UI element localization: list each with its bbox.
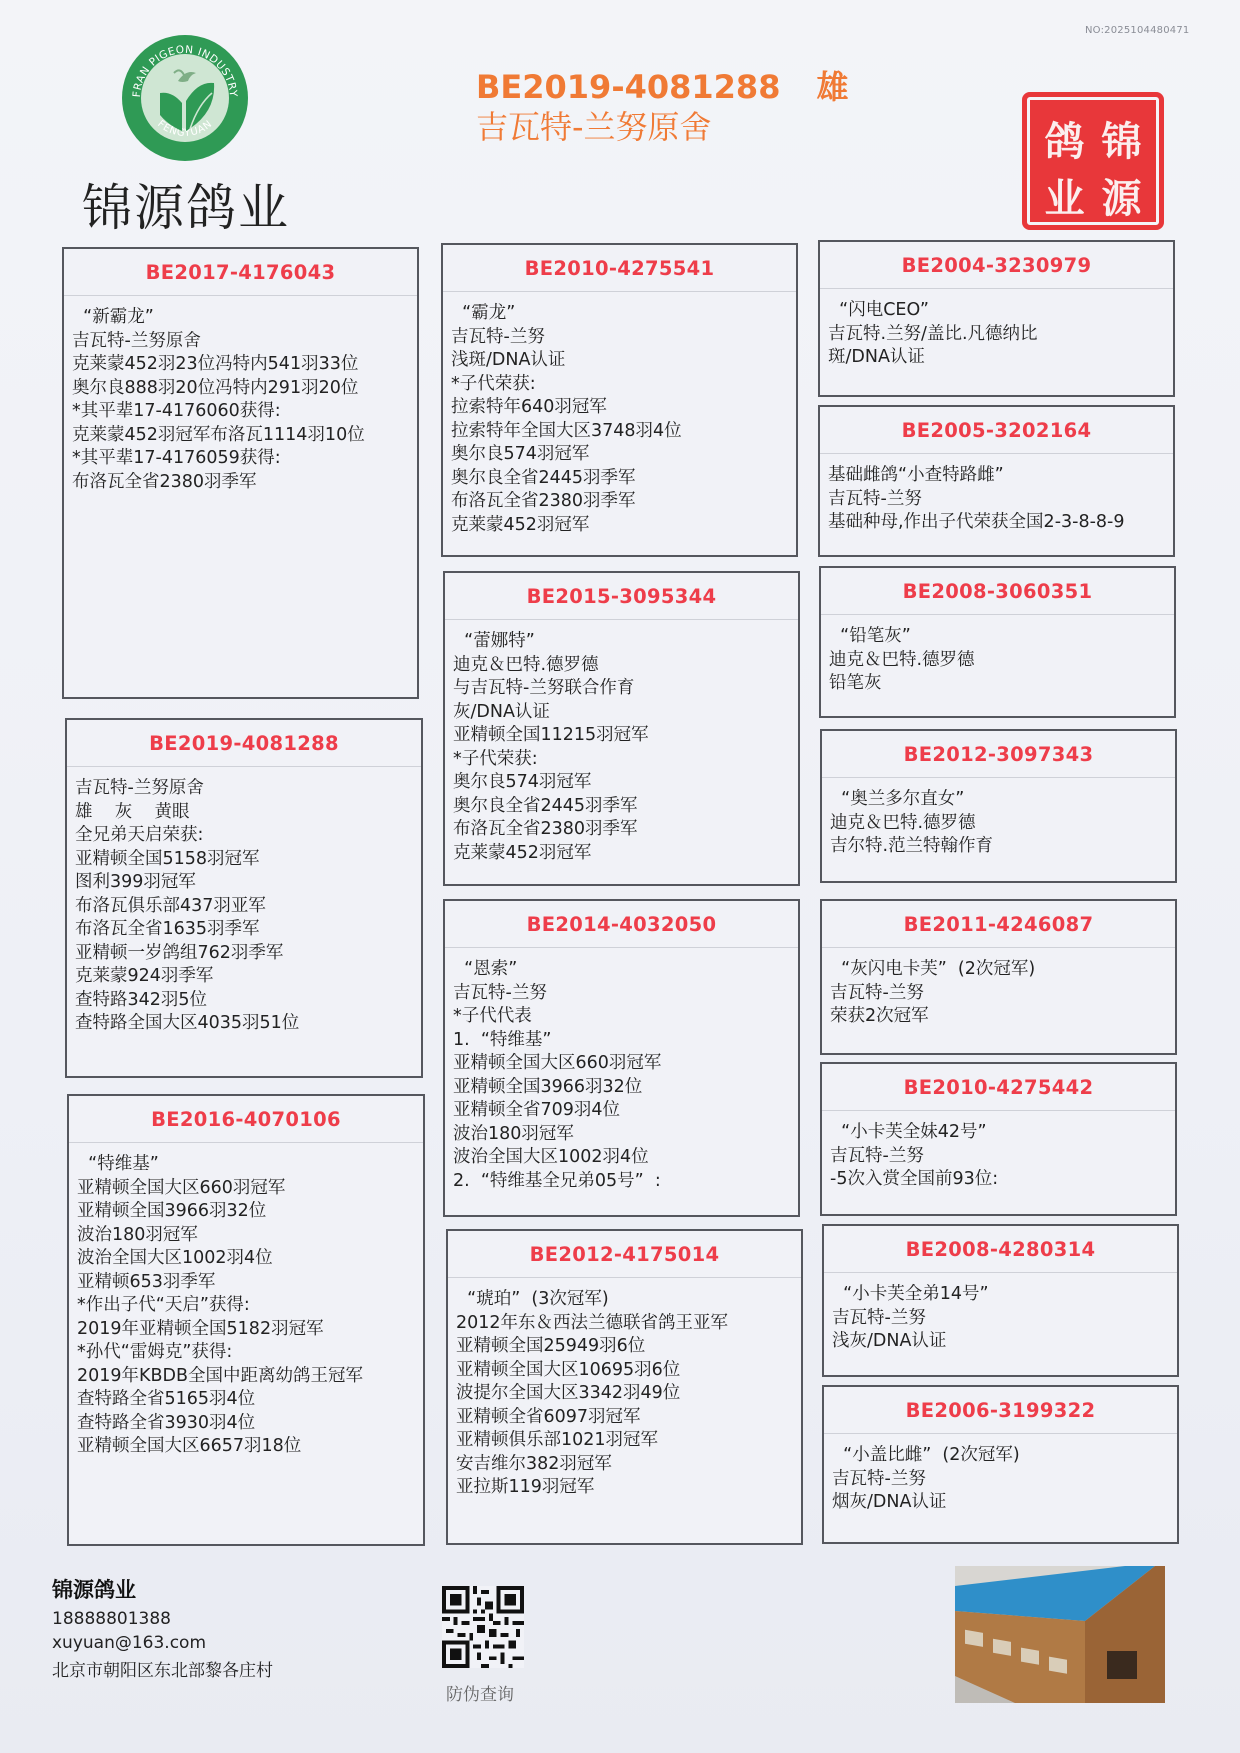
ring-number: BE2011-4246087 bbox=[822, 901, 1175, 948]
detail-line: 波提尔全国大区3342羽49位 bbox=[456, 1382, 801, 1406]
pedigree-box-sire-sire: BE2017-4176043 “新霸龙” 吉瓦特-兰努原舍 克莱蒙452羽23位… bbox=[62, 247, 419, 699]
detail-line: “琥珀” (3次冠军) bbox=[456, 1288, 801, 1312]
ring-number: BE2012-3097343 bbox=[822, 731, 1175, 778]
ring-number: BE2017-4176043 bbox=[64, 249, 417, 296]
detail-line: 布洛瓦全省2380羽季军 bbox=[451, 490, 796, 514]
pedigree-box-gen2: BE2012-4175014 “琥珀” (3次冠军) 2012年东＆西法兰德联省… bbox=[446, 1229, 803, 1545]
detail-line: 与吉瓦特-兰努联合作育 bbox=[453, 677, 798, 701]
pedigree-details: “特维基” 亚精顿全国大区660羽冠军 亚精顿全国3966羽32位 波治180羽… bbox=[69, 1143, 423, 1459]
detail-line: *子代荣获: bbox=[453, 748, 798, 772]
detail-line: -5次入赏全国前93位: bbox=[830, 1168, 1175, 1192]
footer-email: xuyuan@163.com bbox=[52, 1633, 206, 1653]
seal-char: 业 bbox=[1045, 167, 1085, 224]
main-pigeon-sex: 雄 bbox=[816, 68, 848, 106]
main-pigeon-loft: 吉瓦特-兰努原舍 bbox=[476, 102, 712, 148]
pedigree-box-gen3: BE2005-3202164 基础雌鸽“小查特路雌” 吉瓦特-兰努 基础种母,作… bbox=[818, 405, 1175, 557]
pedigree-details: “奥兰多尔直女” 迪克＆巴特.德罗德 吉尔特.范兰特翰作育 bbox=[822, 778, 1175, 859]
brand-logo-icon: FRAN PIGEON INDUSTRY FENGYUAN bbox=[120, 33, 250, 163]
detail-line: 亚精顿全国5158羽冠军 bbox=[75, 848, 421, 872]
detail-line: 吉瓦特-兰努 bbox=[828, 488, 1173, 512]
detail-line: 雄 灰 黄眼 bbox=[75, 801, 421, 825]
detail-line: 亚精顿俱乐部1021羽冠军 bbox=[456, 1429, 801, 1453]
detail-line: 布洛瓦全省2380羽季军 bbox=[453, 818, 798, 842]
pedigree-details: 吉瓦特-兰努原舍 雄 灰 黄眼 全兄弟天启荣获: 亚精顿全国5158羽冠军 图利… bbox=[67, 767, 421, 1036]
pedigree-box-gen3: BE2012-3097343 “奥兰多尔直女” 迪克＆巴特.德罗德 吉尔特.范兰… bbox=[820, 729, 1177, 883]
detail-line: 迪克＆巴特.德罗德 bbox=[829, 649, 1174, 673]
detail-line: 吉瓦特.兰努/盖比.凡德纳比 bbox=[828, 323, 1173, 347]
detail-line: 亚精顿全国大区660羽冠军 bbox=[77, 1177, 423, 1201]
detail-line: 吉尔特.范兰特翰作育 bbox=[830, 835, 1175, 859]
pedigree-box-gen2: BE2014-4032050 “恩索” 吉瓦特-兰努 *子代代表 1. “特维基… bbox=[443, 899, 800, 1217]
footer-address: 北京市朝阳区东北部黎各庄村 bbox=[52, 1656, 273, 1681]
detail-line: 吉瓦特-兰努原舍 bbox=[72, 330, 417, 354]
detail-line: “特维基” bbox=[77, 1153, 423, 1177]
brand-name: 锦源鸽业 bbox=[82, 168, 290, 240]
detail-line: 克莱蒙452羽23位冯特内541羽33位 bbox=[72, 353, 417, 377]
footer-brand-name: 锦源鸽业 bbox=[52, 1574, 136, 1604]
detail-line: 克莱蒙452羽冠军 bbox=[453, 842, 798, 866]
detail-line: 亚精顿全国11215羽冠军 bbox=[453, 724, 798, 748]
pedigree-details: “小盖比雌” (2次冠军) 吉瓦特-兰努 烟灰/DNA认证 bbox=[824, 1434, 1177, 1515]
pedigree-details: “小卡芙全弟14号” 吉瓦特-兰努 浅灰/DNA认证 bbox=[824, 1273, 1177, 1354]
detail-line: 奥尔良574羽冠军 bbox=[453, 771, 798, 795]
detail-line: 查特路全省5165羽4位 bbox=[77, 1388, 423, 1412]
detail-line: 亚精顿全国大区6657羽18位 bbox=[77, 1435, 423, 1459]
detail-line: 亚精顿653羽季军 bbox=[77, 1271, 423, 1295]
pedigree-details: “小卡芙全妹42号” 吉瓦特-兰努 -5次入赏全国前93位: bbox=[822, 1111, 1175, 1192]
seal-char: 源 bbox=[1102, 167, 1142, 224]
detail-line: 亚精顿全国大区10695羽6位 bbox=[456, 1359, 801, 1383]
detail-line: 安吉维尔382羽冠军 bbox=[456, 1453, 801, 1477]
pigeon-loft-photo bbox=[955, 1566, 1165, 1703]
detail-line: “霸龙” bbox=[451, 302, 796, 326]
pedigree-details: “新霸龙” 吉瓦特-兰努原舍 克莱蒙452羽23位冯特内541羽33位 奥尔良8… bbox=[64, 296, 417, 494]
detail-line: 亚精顿一岁鸽组762羽季军 bbox=[75, 942, 421, 966]
ring-number: BE2005-3202164 bbox=[820, 407, 1173, 454]
certificate-number: NO:2025104480471 bbox=[1085, 25, 1189, 36]
pedigree-details: “闪电CEO” 吉瓦特.兰努/盖比.凡德纳比 斑/DNA认证 bbox=[820, 289, 1173, 370]
detail-line: 波治全国大区1002羽4位 bbox=[453, 1146, 798, 1170]
qr-verify-label: 防伪查询 bbox=[446, 1680, 514, 1705]
detail-line: 基础种母,作出子代荣获全国2-3-8-8-9 bbox=[828, 511, 1173, 535]
ring-number: BE2004-3230979 bbox=[820, 242, 1173, 289]
ring-number: BE2012-4175014 bbox=[448, 1231, 801, 1278]
pedigree-details: “灰闪电卡芙” (2次冠军) 吉瓦特-兰努 荣获2次冠军 bbox=[822, 948, 1175, 1029]
pedigree-details: “恩索” 吉瓦特-兰努 *子代代表 1. “特维基” 亚精顿全国大区660羽冠军… bbox=[445, 948, 798, 1193]
ring-number: BE2016-4070106 bbox=[69, 1096, 423, 1143]
detail-line: 吉瓦特-兰努原舍 bbox=[75, 777, 421, 801]
detail-line: 奥尔良888羽20位冯特内291羽20位 bbox=[72, 377, 417, 401]
detail-line: *作出子代“天启”获得: bbox=[77, 1294, 423, 1318]
detail-line: 图利399羽冠军 bbox=[75, 871, 421, 895]
detail-line: *子代代表 bbox=[453, 1005, 798, 1029]
detail-line: 克莱蒙452羽冠军 bbox=[451, 514, 796, 538]
detail-line: 奥尔良574羽冠军 bbox=[451, 443, 796, 467]
ring-number: BE2015-3095344 bbox=[445, 573, 798, 620]
detail-line: 吉瓦特-兰努 bbox=[830, 982, 1175, 1006]
detail-line: “蕾娜特” bbox=[453, 630, 798, 654]
detail-line: 吉瓦特-兰努 bbox=[832, 1468, 1177, 1492]
pedigree-box-gen2: BE2015-3095344 “蕾娜特” 迪克＆巴特.德罗德 与吉瓦特-兰努联合… bbox=[443, 571, 800, 886]
detail-line: “恩索” bbox=[453, 958, 798, 982]
pedigree-box-gen2: BE2010-4275541 “霸龙” 吉瓦特-兰努 浅斑/DNA认证 *子代荣… bbox=[441, 243, 798, 557]
pedigree-details: 基础雌鸽“小查特路雌” 吉瓦特-兰努 基础种母,作出子代荣获全国2-3-8-8-… bbox=[820, 454, 1173, 535]
detail-line: *其平辈17-4176060获得: bbox=[72, 400, 417, 424]
ring-number: BE2008-3060351 bbox=[821, 568, 1174, 615]
detail-line: 基础雌鸽“小查特路雌” bbox=[828, 464, 1173, 488]
main-ring-number: BE2019-4081288 bbox=[476, 68, 780, 106]
detail-line: “灰闪电卡芙” (2次冠军) bbox=[830, 958, 1175, 982]
detail-line: 1. “特维基” bbox=[453, 1029, 798, 1053]
detail-line: 吉瓦特-兰努 bbox=[453, 982, 798, 1006]
detail-line: 全兄弟天启荣获: bbox=[75, 824, 421, 848]
pedigree-box-dam-side: BE2016-4070106 “特维基” 亚精顿全国大区660羽冠军 亚精顿全国… bbox=[67, 1094, 425, 1546]
detail-line: 亚精顿全国3966羽32位 bbox=[453, 1076, 798, 1100]
red-seal-stamp: 鸽 锦 业 源 bbox=[1022, 92, 1164, 230]
detail-line: “奥兰多尔直女” bbox=[830, 788, 1175, 812]
detail-line: 亚精顿全国25949羽6位 bbox=[456, 1335, 801, 1359]
detail-line: 2012年东＆西法兰德联省鸽王亚军 bbox=[456, 1312, 801, 1336]
pedigree-box-gen3: BE2008-4280314 “小卡芙全弟14号” 吉瓦特-兰努 浅灰/DNA认… bbox=[822, 1224, 1179, 1377]
pedigree-box-subject: BE2019-4081288 吉瓦特-兰努原舍 雄 灰 黄眼 全兄弟天启荣获: … bbox=[65, 718, 423, 1078]
seal-char: 锦 bbox=[1102, 110, 1142, 167]
detail-line: 斑/DNA认证 bbox=[828, 346, 1173, 370]
detail-line: 迪克＆巴特.德罗德 bbox=[453, 654, 798, 678]
detail-line: 查特路全国大区4035羽51位 bbox=[75, 1012, 421, 1036]
detail-line: 克莱蒙924羽季军 bbox=[75, 965, 421, 989]
detail-line: 波治全国大区1002羽4位 bbox=[77, 1247, 423, 1271]
detail-line: 2019年KBDB全国中距离幼鸽王冠军 bbox=[77, 1365, 423, 1389]
ring-number: BE2014-4032050 bbox=[445, 901, 798, 948]
pedigree-box-gen3: BE2008-3060351 “铅笔灰” 迪克＆巴特.德罗德 铅笔灰 bbox=[819, 566, 1176, 718]
detail-line: “铅笔灰” bbox=[829, 625, 1174, 649]
pedigree-box-gen3: BE2004-3230979 “闪电CEO” 吉瓦特.兰努/盖比.凡德纳比 斑/… bbox=[818, 240, 1175, 397]
detail-line: 亚精顿全国3966羽32位 bbox=[77, 1200, 423, 1224]
detail-line: *子代荣获: bbox=[451, 373, 796, 397]
ring-number: BE2010-4275442 bbox=[822, 1064, 1175, 1111]
pedigree-details: “琥珀” (3次冠军) 2012年东＆西法兰德联省鸽王亚军 亚精顿全国25949… bbox=[448, 1278, 801, 1500]
detail-line: 布洛瓦俱乐部437羽亚军 bbox=[75, 895, 421, 919]
detail-line: “闪电CEO” bbox=[828, 299, 1173, 323]
pedigree-certificate: NO:2025104480471 FRAN PIGEON INDUSTRY FE… bbox=[0, 0, 1240, 1753]
seal-char: 鸽 bbox=[1045, 110, 1085, 167]
pedigree-details: “铅笔灰” 迪克＆巴特.德罗德 铅笔灰 bbox=[821, 615, 1174, 696]
detail-line: 拉索特年全国大区3748羽4位 bbox=[451, 420, 796, 444]
detail-line: “新霸龙” bbox=[72, 306, 417, 330]
detail-line: 奥尔良全省2445羽季军 bbox=[451, 467, 796, 491]
detail-line: 亚拉斯119羽冠军 bbox=[456, 1476, 801, 1500]
pedigree-box-gen3: BE2006-3199322 “小盖比雌” (2次冠军) 吉瓦特-兰努 烟灰/D… bbox=[822, 1385, 1179, 1544]
ring-number: BE2010-4275541 bbox=[443, 245, 796, 292]
ring-number: BE2008-4280314 bbox=[824, 1226, 1177, 1273]
detail-line: 波治180羽冠军 bbox=[77, 1224, 423, 1248]
detail-line: 亚精顿全省6097羽冠军 bbox=[456, 1406, 801, 1430]
detail-line: *孙代“雷姆克”获得: bbox=[77, 1341, 423, 1365]
detail-line: 2019年亚精顿全国5182羽冠军 bbox=[77, 1318, 423, 1342]
detail-line: 烟灰/DNA认证 bbox=[832, 1491, 1177, 1515]
ring-number: BE2006-3199322 bbox=[824, 1387, 1177, 1434]
qr-code-icon[interactable] bbox=[442, 1586, 524, 1668]
detail-line: 迪克＆巴特.德罗德 bbox=[830, 812, 1175, 836]
detail-line: 荣获2次冠军 bbox=[830, 1005, 1175, 1029]
detail-line: 灰/DNA认证 bbox=[453, 701, 798, 725]
detail-line: 吉瓦特-兰努 bbox=[451, 326, 796, 350]
detail-line: 吉瓦特-兰努 bbox=[832, 1307, 1177, 1331]
detail-line: 亚精顿全国大区660羽冠军 bbox=[453, 1052, 798, 1076]
detail-line: 查特路全省3930羽4位 bbox=[77, 1412, 423, 1436]
detail-line: 布洛瓦全省2380羽季军 bbox=[72, 471, 417, 495]
detail-line: 浅斑/DNA认证 bbox=[451, 349, 796, 373]
detail-line: *其平辈17-4176059获得: bbox=[72, 447, 417, 471]
detail-line: 拉索特年640羽冠军 bbox=[451, 396, 796, 420]
detail-line: 吉瓦特-兰努 bbox=[830, 1145, 1175, 1169]
detail-line: 查特路342羽5位 bbox=[75, 989, 421, 1013]
detail-line: “小卡芙全弟14号” bbox=[832, 1283, 1177, 1307]
pedigree-box-gen3: BE2011-4246087 “灰闪电卡芙” (2次冠军) 吉瓦特-兰努 荣获2… bbox=[820, 899, 1177, 1055]
detail-line: “小盖比雌” (2次冠军) bbox=[832, 1444, 1177, 1468]
ring-number: BE2019-4081288 bbox=[67, 720, 421, 767]
detail-line: 奥尔良全省2445羽季军 bbox=[453, 795, 798, 819]
detail-line: 克莱蒙452羽冠军布洛瓦1114羽10位 bbox=[72, 424, 417, 448]
detail-line: 亚精顿全省709羽4位 bbox=[453, 1099, 798, 1123]
detail-line: 波治180羽冠军 bbox=[453, 1123, 798, 1147]
detail-line: 布洛瓦全省1635羽季军 bbox=[75, 918, 421, 942]
detail-line: 铅笔灰 bbox=[829, 672, 1174, 696]
footer-phone: 18888801388 bbox=[52, 1609, 171, 1629]
pedigree-box-gen3: BE2010-4275442 “小卡芙全妹42号” 吉瓦特-兰努 -5次入赏全国… bbox=[820, 1062, 1177, 1216]
pedigree-details: “霸龙” 吉瓦特-兰努 浅斑/DNA认证 *子代荣获: 拉索特年640羽冠军 拉… bbox=[443, 292, 796, 537]
detail-line: 2. “特维基全兄弟05号” : bbox=[453, 1170, 798, 1194]
detail-line: “小卡芙全妹42号” bbox=[830, 1121, 1175, 1145]
detail-line: 浅灰/DNA认证 bbox=[832, 1330, 1177, 1354]
pedigree-details: “蕾娜特” 迪克＆巴特.德罗德 与吉瓦特-兰努联合作育 灰/DNA认证 亚精顿全… bbox=[445, 620, 798, 865]
